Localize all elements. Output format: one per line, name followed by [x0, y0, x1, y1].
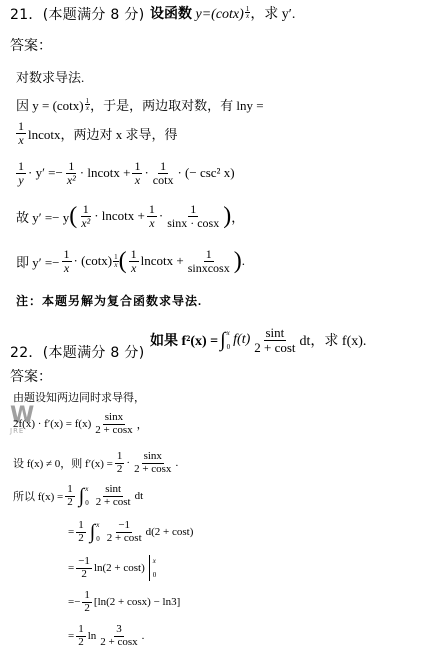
q21-line-4: 1y · y′ =− 1x² · lncotx + 1x · 1cotx · (…	[14, 160, 235, 186]
q21-prompt-expr: y=(cotx)	[196, 7, 244, 22]
q21-prompt-suffix: ，求 y′.	[250, 7, 295, 22]
q22-line-2: 2f(x) · f′(x) = f(x) sinx2 + cosx ，	[13, 412, 148, 436]
q21-prompt: 设函数 y=(cotx)1x，求 y′.	[150, 3, 295, 23]
q21-prompt-prefix: 设函数	[150, 7, 196, 22]
q21-line-2: 因 y = (cotx)1x，于是，两边取对数，有 lny =	[16, 95, 264, 114]
q22-header: 22．(本题满分 8 分)	[10, 342, 144, 362]
q22-line-3: 设 f(x) ≠ 0，则 f′(x) = 12 · sinx2 + cosx .	[13, 451, 178, 475]
q21-line-6: 即 y′ =− 1x · (cotx)1x ( 1x lncotx + 1sin…	[16, 248, 245, 274]
q22-line-4: 所以 f(x) = 12 ∫x0 sint2 + costdt	[13, 484, 143, 508]
q22-answer-label: 答案：	[10, 366, 52, 386]
evaluation-bar	[149, 555, 150, 581]
integral-sign: ∫	[220, 330, 225, 350]
q21-header: 21．(本题满分 8 分)	[10, 4, 144, 24]
q21-points: (本题满分 8 分)	[43, 7, 145, 23]
q22-number: 22．	[10, 345, 43, 361]
q22-line-6: = −12 ln(2 + cost) x0	[68, 555, 159, 581]
q21-answer-label: 答案：	[10, 35, 52, 55]
q22-line-5: = 12 ∫x0 −12 + costd(2 + cost)	[68, 520, 193, 544]
q21-line-1: 对数求导法.	[16, 67, 84, 86]
q21-line-3: 1xlncotx，两边对 x 求导，得	[14, 120, 178, 146]
q22-line-8: = 12 ln 32 + cosx .	[68, 624, 144, 648]
q21-line-5: 故 y′ =− y ( 1x² · lncotx + 1x · 1sinx · …	[16, 203, 244, 229]
q21-number: 21．	[10, 7, 43, 23]
q21-note: 注：本题另解为复合函数求导法.	[16, 292, 202, 309]
q22-prompt: 如果 f²(x) = ∫x0 f(t) sint2 + cost dt，求 f(…	[150, 326, 366, 354]
q22-line-7: =− 12 [ln(2 + cosx) − ln3]	[68, 590, 180, 614]
q22-points: (本题满分 8 分)	[43, 345, 145, 361]
